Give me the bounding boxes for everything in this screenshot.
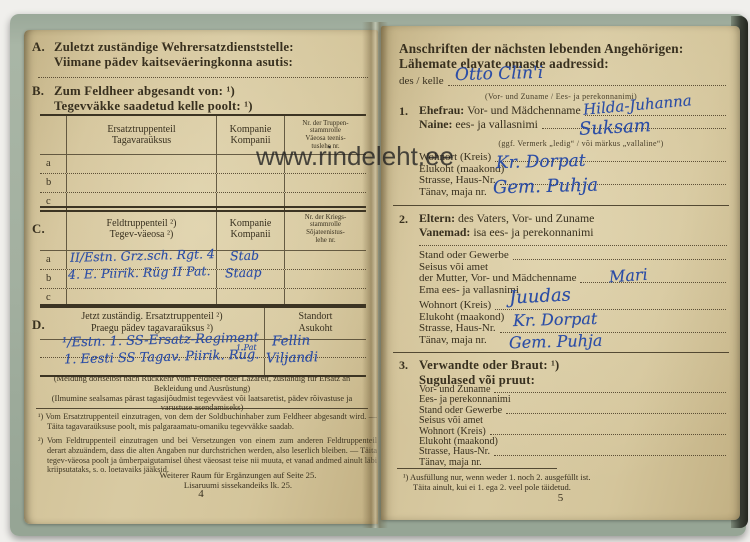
des-kelle-row: des / kelle xyxy=(399,76,729,88)
row-letter: b xyxy=(40,270,66,288)
handwritten-standort: Viljandi xyxy=(266,349,318,366)
item-2-number: 2. xyxy=(399,212,419,239)
handwritten-standort: Fellin xyxy=(272,333,311,350)
item-2-eltern: 2. Eltern: des Vaters, Vor- und Zuname V… xyxy=(399,212,729,239)
section-a-blank-line xyxy=(38,76,368,78)
tanav-maja-label: Tänav, maja nr. xyxy=(419,458,482,468)
stand-gewerbe-label: Stand oder Gewerbe xyxy=(419,250,509,262)
table-b-row-b: b xyxy=(40,174,366,193)
section-a-label: A. xyxy=(32,40,54,69)
blank-line xyxy=(494,391,726,393)
section-b-title-de: Zum Feldheer abgesandt von: ¹) xyxy=(54,84,253,99)
handwritten-strasse-2: Gem. Puhja xyxy=(509,331,603,352)
section-b-label: B. xyxy=(32,84,54,113)
wohnort-kreis-label: Wohnort (Kreis) xyxy=(419,300,491,312)
row-letter: a xyxy=(40,155,66,173)
blank-line xyxy=(490,433,726,435)
tanav-maja-label: Tänav, maja nr. xyxy=(419,187,487,199)
weiterer-raum-de: Weiterer Raum für Ergänzungen auf Seite … xyxy=(160,470,317,480)
section-a-title-et: Viimane pädev kaitseväeringkonna asutis: xyxy=(54,55,294,70)
blank-line xyxy=(495,308,726,310)
ledig-caption: (ggf. Vermerk „ledig“ / või märkus „vall… xyxy=(441,139,721,148)
page-gutter xyxy=(362,22,388,528)
col-stammrolle-line2: stammrolle xyxy=(285,127,366,135)
watermark: www.rindeleht.ee xyxy=(256,141,454,172)
col-stammrolle-line1: Nr. der Truppen- xyxy=(285,120,366,128)
section-divider-1 xyxy=(393,205,729,206)
col-jetzt-zustaendig-de: Jetzt zuständig. Ersatztruppenteil ²) xyxy=(40,311,264,323)
blank-line xyxy=(506,412,726,414)
des-kelle-label: des / kelle xyxy=(399,76,444,88)
handwritten-wohnort-1: Kr. Dorpat xyxy=(496,151,586,173)
col-feldtruppenteil-et: Tegev-väeosa ²) xyxy=(67,229,216,241)
table-c-header: Feldtruppenteil ²) Tegev-väeosa ²) Kompa… xyxy=(40,208,366,251)
ehefrau-sub-de: Vor- und Mädchenname xyxy=(467,104,581,118)
right-header: Anschriften der nächsten lebenden Angehö… xyxy=(399,42,737,71)
handwritten-mother-first: Mari xyxy=(608,265,648,287)
section-a-title-de: Zuletzt zuständige Wehrersatzdienststell… xyxy=(54,40,294,55)
meldung-note-et: (Ilmumine sealsamas pärast tagasijõudmis… xyxy=(52,394,352,413)
section-b: B. Zum Feldheer abgesandt von: ¹) Tegevv… xyxy=(32,84,253,113)
item-3-number: 3. xyxy=(399,358,419,387)
verwandte-label-de: Verwandte oder Braut: ¹) xyxy=(419,358,729,373)
col-kompanie-de: Kompanie xyxy=(217,218,284,230)
mutter-block: Stand oder Gewerbe Seisus või amet der M… xyxy=(419,250,729,296)
footnote-right-de: ¹) Ausfüllung nur, wenn weder 1. noch 2.… xyxy=(403,472,591,482)
ehefrau-label-et: Naine: xyxy=(419,118,452,132)
item-1-number: 1. xyxy=(399,104,419,131)
section-divider-2 xyxy=(393,352,729,353)
meldung-note-de: (Meldung dortselbst nach Rückkehr vom Fe… xyxy=(54,374,350,393)
col-ersatztruppenteil-de: Ersatztruppenteil xyxy=(67,124,216,136)
weiterer-raum-note: Weiterer Raum für Ergänzungen auf Seite … xyxy=(38,470,368,490)
handwritten-kompanie-entry: Staap xyxy=(225,265,262,281)
col-kriegsstammrolle-line3: Sõjateenistus- xyxy=(285,229,366,237)
blank-line xyxy=(494,454,726,456)
row-letter: a xyxy=(40,251,66,269)
page-right: Anschriften der nächsten lebenden Angehö… xyxy=(381,26,740,520)
col-standort-de: Standort xyxy=(265,311,366,323)
ehefrau-label-de: Ehefrau: xyxy=(419,104,464,118)
col-kriegsstammrolle-line2: stammrolle xyxy=(285,221,366,229)
eltern-label-de: Eltern: xyxy=(419,212,455,226)
col-ersatztruppenteil-et: Tagavaraüksus xyxy=(67,135,216,147)
handwritten-name-owner: Otto Clin'i xyxy=(455,63,544,85)
eltern-blank-line xyxy=(419,244,727,246)
eltern-sub-et: isa ees- ja perekonnanimi xyxy=(473,226,593,240)
col-kriegsstammrolle-line4: lehe nr. xyxy=(285,237,366,245)
eltern-sub-de: des Vaters, Vor- und Zuname xyxy=(458,212,594,226)
right-header-de: Anschriften der nächsten lebenden Angehö… xyxy=(399,42,737,57)
section-b-title-et: Tegevväkke saadetud kelle poolt: ¹) xyxy=(54,99,253,114)
footnote-divider xyxy=(36,408,368,409)
footnote-right: ¹) Ausfüllung nur, wenn weder 1. noch 2.… xyxy=(403,472,723,492)
item-3-verwandte: 3. Verwandte oder Braut: ¹) Sugulased võ… xyxy=(399,358,729,387)
handwritten-strasse-1: Gem. Puhja xyxy=(493,175,599,199)
footnote-right-et: Täita ainult, kui ei 1. ega 2. veel pole… xyxy=(403,482,571,492)
right-header-et: Lähemate elavate omaste aadressid: xyxy=(399,57,737,72)
handwritten-kompanie-entry: Stab xyxy=(230,248,259,264)
handwritten-note: 1 Pat xyxy=(236,343,257,353)
footnote-divider-right xyxy=(397,468,557,469)
handwritten-wife-name-2: Suksam xyxy=(578,115,651,140)
eltern-label-et: Vanemad: xyxy=(419,226,470,240)
col-feldtruppenteil-de: Feldtruppenteil ²) xyxy=(67,218,216,230)
handwritten-wohnort-2: Kr. Dorpat xyxy=(513,309,598,330)
blank-line xyxy=(513,258,726,260)
footnote-1: ¹) Vom Ersatztruppenteil einzutragen, vo… xyxy=(38,412,377,432)
section-a: A. Zuletzt zuständige Wehrersatzdienstst… xyxy=(32,40,294,69)
col-kriegsstammrolle-line1: Nr. der Kriegs- xyxy=(285,214,366,222)
page-number-right: 5 xyxy=(381,492,740,504)
row-letter: b xyxy=(40,174,66,192)
tanav-maja-label: Tänav, maja nr. xyxy=(419,335,487,347)
ema-label-et: Ema ees- ja vallasnimi xyxy=(419,285,519,297)
page-left: A. Zuletzt zuständige Wehrersatzdienstst… xyxy=(24,30,378,524)
col-kompanie-de: Kompanie xyxy=(217,124,284,136)
page-number-left: 4 xyxy=(24,488,378,500)
col-kompanie-et: Kompanii xyxy=(217,229,284,241)
scanned-soldbuch-spread: A. Zuletzt zuständige Wehrersatzdienstst… xyxy=(0,0,750,542)
ehefrau-sub-et: ees- ja vallasnimi xyxy=(455,118,538,132)
blank-line xyxy=(580,281,726,283)
verwandte-lines: Vor- und Zuname Ees- ja perekonnanimi St… xyxy=(419,385,729,468)
